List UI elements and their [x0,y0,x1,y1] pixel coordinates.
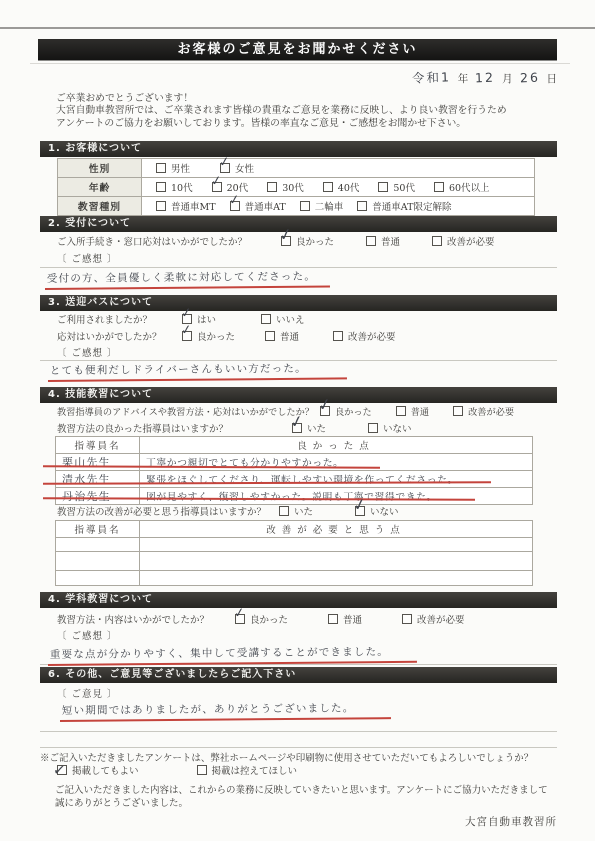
checkbox-publish-decline[interactable]: 掲載は控えてほしい [197,763,298,777]
checkbox-label: 女性 [235,161,254,175]
good-point-handwritten: 緊張をほぐしてくださり、運転しやすい環境を作ってくださった。 [140,471,532,487]
checkbox-label: 普通 [280,329,299,343]
checkbox-icon [57,765,67,775]
intro-line: ご卒業おめでとうございます！ [56,93,554,105]
table-row-empty [56,538,532,551]
school-signature: 大宮自動車教習所 [40,814,557,829]
checkbox-classroom-good[interactable]: 良かった [235,612,288,626]
checkbox-label: 普通 [381,234,400,248]
checkbox-motorcycle[interactable]: 二輪車 [300,199,344,213]
intro-paragraph: ご卒業おめでとうございます！ 大宮自動車教習所では、ご卒業されます皆様の貴重なご… [56,93,554,130]
skill-advice-question-row: 教習指導員のアドバイスや教習方法・応対はいかがでしたか？ 良かった 普通 改善が… [57,404,514,418]
checkbox-icon [281,236,291,246]
empty-cell [56,571,140,585]
section-header-skill-training: 4. 技能教習について [40,387,557,403]
feedback-label: 〔 ご感想 〕 [57,251,118,265]
checkbox-icon [230,201,240,211]
checkbox-label: 改善が必要 [348,329,396,343]
checkbox-label: 30代 [282,180,304,194]
checkbox-icon [333,331,343,341]
handwritten-text: 短い期間ではありましたが、ありがとうございました。 [60,700,391,722]
checkbox-icon [357,201,367,211]
checkbox-label: 掲載は控えてほしい [212,763,298,777]
checkbox-reception-good[interactable]: 良かった [281,234,334,248]
checkbox-label: 普通 [411,404,429,418]
column-header-instructor: 指導員名 [56,437,140,453]
intro-line: アンケートのご協力をお願いしております。皆様の率直なご意見・ご感想をお聞かせ下さ… [56,118,554,130]
checkbox-icon [328,614,338,624]
checkbox-improve-instructor-no[interactable]: いない [355,504,399,518]
checkbox-publish-ok[interactable]: 掲載してもよい [57,763,139,777]
empty-cell [140,571,532,585]
checkbox-bus-response-good[interactable]: 良かった [182,329,235,343]
section-header-reception: 2. 受付について [40,216,557,232]
question-text: 教習方法の良かった指導員はいますか？ [57,421,292,435]
date-day-unit: 日 [547,71,558,86]
reception-comment-handwritten: 受付の方、全員優しく柔軟に対応してくださった。 [45,271,330,290]
section-header-classroom: 4. 学科教習について [40,592,557,608]
publish-options-row: 掲載してもよい 掲載は控えてほしい [57,763,297,777]
checkbox-label: 10代 [171,180,193,194]
column-header-good-points: 良かった点 [140,437,532,453]
checkbox-label: 普通車MT [171,199,216,213]
row-label-course-type: 教習種別 [58,196,142,215]
question-text: 教習指導員のアドバイスや教習方法・応対はいかがでしたか？ [57,404,314,418]
checkbox-icon [434,182,444,192]
publish-permission-note: ※ご記入いただきましたアンケートは、弊社ホームページや印刷物に使用させていただい… [40,750,533,764]
date-year-unit: 年 [458,71,469,86]
checkbox-icon [156,201,166,211]
checkbox-icon [182,331,192,341]
checkbox-icon [402,614,412,624]
checkbox-icon [323,182,333,192]
table-header-row: 指導員名 改善が必要と思う点 [56,521,532,538]
checkbox-icon [220,163,230,173]
opinion-label: 〔 ご意見 〕 [57,686,118,700]
checkbox-label: 普通車AT [245,199,286,213]
checkbox-icon [212,182,222,192]
classroom-question-row: 教習方法・内容はいかがでしたか？ 良かった 普通 改善が必要 [57,612,465,626]
ruled-line [40,731,557,732]
checkbox-icon [265,331,275,341]
checkbox-label: いいえ [276,312,305,326]
checkbox-car-at[interactable]: 普通車AT [230,199,286,213]
checkbox-icon [396,406,406,416]
checkbox-label: 普通車AT限定解除 [372,199,451,213]
question-text: 教習方法・内容はいかがでしたか？ [57,612,235,626]
age-options: 10代 20代 30代 40代 50代 60代以上 [142,177,534,196]
course-type-options: 普通車MT 普通車AT 二輪車 普通車AT限定解除 [142,196,534,215]
checkbox-icon [366,236,376,246]
checkbox-female[interactable]: 女性 [220,161,254,175]
checkbox-reception-normal[interactable]: 普通 [366,234,400,248]
checkbox-classroom-normal[interactable]: 普通 [328,612,362,626]
reception-question-row: ご入所手続き・窓口応対はいかがでしたか？ 良かった 普通 改善が必要 [57,234,495,248]
checkbox-label: 40代 [338,180,360,194]
empty-cell [56,538,140,551]
checkbox-label: 良かった [335,404,372,418]
checkbox-good-instructor-no[interactable]: いない [368,421,412,435]
row-label-gender: 性別 [58,159,142,177]
scan-artifact-line [0,27,595,29]
checkbox-icon [378,182,388,192]
table-row-empty [56,570,532,585]
checkbox-icon [368,423,378,433]
bus-comment-handwritten: とても便利だしドライバーさんもいい方だった。 [48,363,347,382]
checkbox-icon [156,163,166,173]
checkbox-reception-needs-improvement[interactable]: 改善が必要 [432,234,495,248]
checkbox-at-limit-removal[interactable]: 普通車AT限定解除 [357,199,451,213]
customer-table: 性別 男性 女性 年齢 10代 20代 30代 40代 50代 60代以上 教習… [57,158,535,216]
checkbox-label: 良かった [250,612,288,626]
checkbox-age-30s[interactable]: 30代 [267,180,304,194]
checkbox-label: いない [370,504,399,518]
checkbox-age-60s-plus[interactable]: 60代以上 [434,180,490,194]
empty-cell [140,552,532,570]
checkbox-label: 改善が必要 [468,404,514,418]
checkbox-improve-instructor-yes[interactable]: いた [279,504,313,518]
bus-response-question-row: 応対はいかがでしたか？ 良かった 普通 改善が必要 [57,329,396,343]
other-comment-handwritten: 短い期間ではありましたが、ありがとうございました。 [60,703,391,722]
table-row-empty [56,551,532,570]
checkbox-bus-response-normal[interactable]: 普通 [265,329,299,343]
checkbox-skill-normal[interactable]: 普通 [396,404,429,418]
improve-instructor-question-row: 教習方法の改善が必要と思う指導員はいますか？ いた いない [57,504,399,518]
gender-options: 男性 女性 [142,159,534,177]
checkbox-icon [355,506,365,516]
date-era-handwritten: 令和1 [411,67,451,86]
scan-artifact-line [30,63,570,64]
empty-cell [140,538,532,551]
checkbox-bus-used-no[interactable]: いいえ [261,312,305,326]
good-instructor-question-row: 教習方法の良かった指導員はいますか？ いた いない [57,421,412,435]
table-row: 丹治先生 図が見やすく、復習しやすかった。説明も丁寧で習得できた。 [56,487,532,504]
section-header-other: 6. その他、ご意見等ございましたらご記入下さい [40,667,557,683]
checkbox-icon [292,423,302,433]
checkbox-label: いた [307,421,326,435]
question-text: 応対はいかがでしたか？ [57,329,182,343]
checkbox-icon [261,314,271,324]
section-header-customer: 1. お客様について [40,141,557,157]
checkbox-icon [279,506,289,516]
question-text: 教習方法の改善が必要と思う指導員はいますか？ [57,504,279,518]
checkbox-icon [156,182,166,192]
page-title: お客様のご意見をお聞かせください [38,39,557,60]
checkbox-label: 男性 [171,161,190,175]
question-text: ご入所手続き・窓口応対はいかがでしたか？ [57,234,247,248]
checkbox-age-40s[interactable]: 40代 [323,180,360,194]
date-month-handwritten: 12 [475,70,495,86]
checkbox-icon [453,406,463,416]
feedback-label: 〔 ご感想 〕 [57,628,118,642]
date-month-unit: 月 [502,71,513,86]
scanned-survey-page: お客様のご意見をお聞かせください 令和1 年 12 月 26 日 ご卒業おめでと… [0,0,595,841]
checkbox-label: 普通 [343,612,362,626]
checkbox-classroom-needs-improvement[interactable]: 改善が必要 [402,612,465,626]
question-text: ご利用されましたか？ [57,312,182,326]
handwritten-text: 重要な点が分かりやすく、集中して受講することができました。 [48,644,417,666]
checkbox-label: いた [294,504,313,518]
checkbox-good-instructor-yes[interactable]: いた [292,421,326,435]
good-point-handwritten: 図が見やすく、復習しやすかった。説明も丁寧で習得できた。 [140,488,532,504]
checkbox-icon [267,182,277,192]
checkbox-label: 改善が必要 [447,234,495,248]
checkbox-label: 60代以上 [449,180,490,194]
checkbox-label: 改善が必要 [417,612,465,626]
checkbox-label: いない [383,421,412,435]
checkbox-car-mt[interactable]: 普通車MT [156,199,216,213]
checkbox-icon [235,614,245,624]
checkbox-age-20s[interactable]: 20代 [212,180,249,194]
ruled-line [40,747,557,748]
row-label-age: 年齢 [58,177,142,196]
instructor-name-handwritten: 丹治先生 [56,488,140,504]
feedback-label: 〔 ご感想 〕 [57,345,118,359]
intro-line: 大宮自動車教習所では、ご卒業されます皆様の貴重なご意見を業務に反映し、より良い教… [56,105,554,117]
checkbox-skill-needs-improvement[interactable]: 改善が必要 [453,404,514,418]
checkbox-icon [432,236,442,246]
checkbox-skill-good[interactable]: 良かった [320,404,372,418]
improve-instructor-table: 指導員名 改善が必要と思う点 [55,520,533,586]
classroom-comment-handwritten: 重要な点が分かりやすく、集中して受講することができました。 [48,647,417,666]
checkbox-bus-response-needs-improvement[interactable]: 改善が必要 [333,329,396,343]
section-header-bus: 3. 送迎バスについて [40,295,557,311]
checkbox-icon [320,406,330,416]
checkbox-label: 50代 [393,180,415,194]
column-header-instructor: 指導員名 [56,521,140,537]
table-header-row: 指導員名 良かった点 [56,437,532,454]
checkbox-label: 掲載してもよい [72,763,139,777]
handwritten-text: とても便利だしドライバーさんもいい方だった。 [48,360,347,382]
good-instructor-table: 指導員名 良かった点 栗山先生 丁寧かつ親切でとても分かりやすかった。 清水先生… [55,436,533,505]
checkbox-icon [197,765,207,775]
date-day-handwritten: 26 [519,70,539,86]
checkbox-label: はい [197,312,216,326]
column-header-improve-points: 改善が必要と思う点 [140,521,532,537]
checkbox-label: 良かった [296,234,334,248]
empty-cell [56,552,140,570]
checkbox-label: 二輪車 [315,199,344,213]
checkbox-age-10s[interactable]: 10代 [156,180,193,194]
checkbox-male[interactable]: 男性 [156,161,190,175]
checkbox-icon [300,201,310,211]
closing-message: ご記入いただきました内容は、これからの業務に反映していきたいと思います。アンケー… [55,785,555,810]
checkbox-label: 良かった [197,329,235,343]
checkbox-age-50s[interactable]: 50代 [378,180,415,194]
date-line: 令和1 年 12 月 26 日 [320,68,557,86]
handwritten-text: 受付の方、全員優しく柔軟に対応してくださった。 [45,269,330,290]
